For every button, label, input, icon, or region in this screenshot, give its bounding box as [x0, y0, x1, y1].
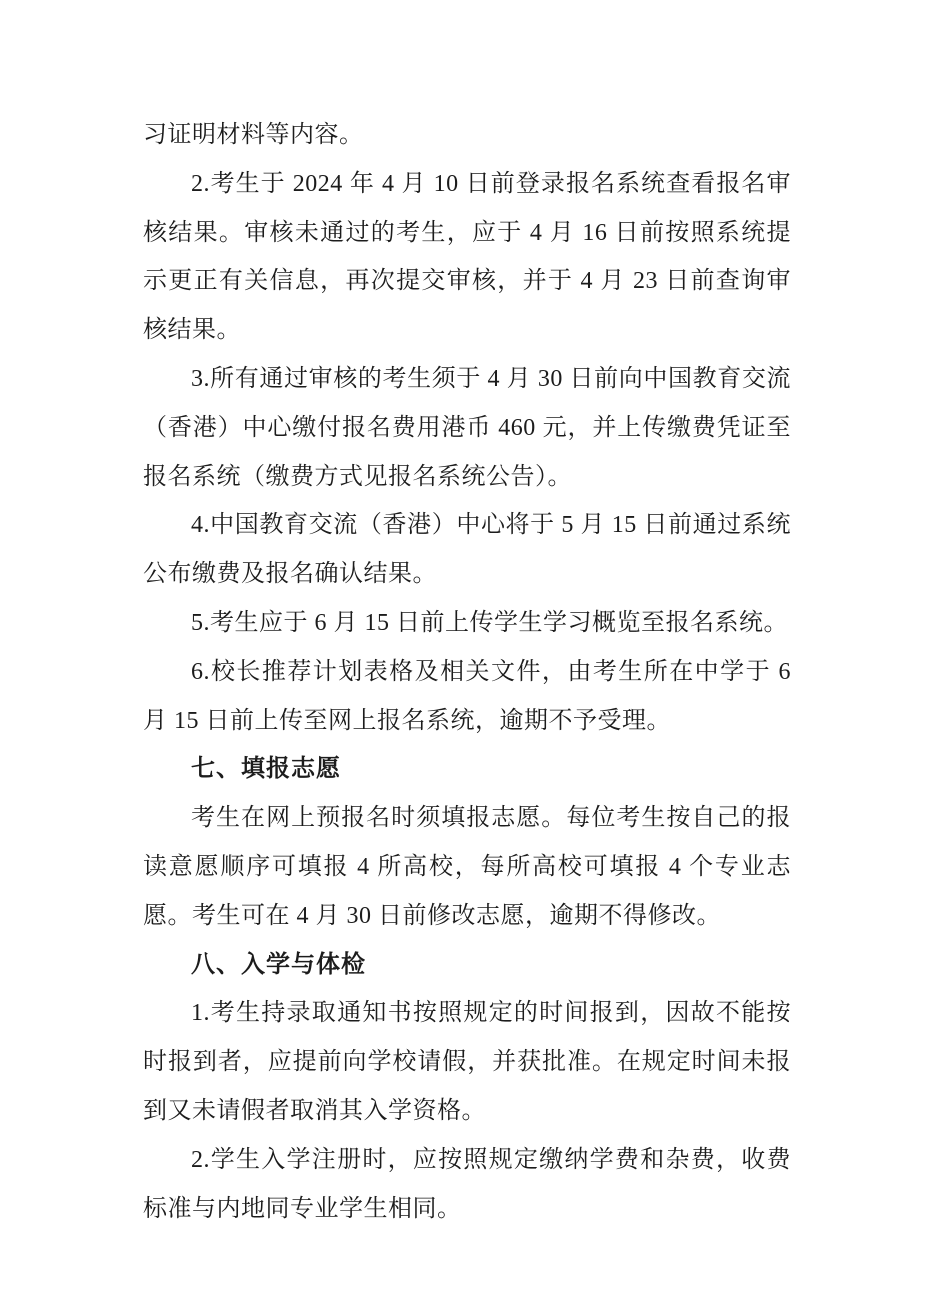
body-paragraph: 习证明材料等内容。 — [143, 111, 791, 160]
body-paragraph: 1.考生持录取通知书按照规定的时间报到，因故不能按时报到者，应提前向学校请假，并… — [143, 989, 791, 1135]
body-paragraph: 6.校长推荐计划表格及相关文件，由考生所在中学于 6 月 15 日前上传至网上报… — [143, 648, 791, 746]
body-paragraph: 3.所有通过审核的考生须于 4 月 30 日前向中国教育交流（香港）中心缴付报名… — [143, 355, 791, 501]
body-paragraph: 4.中国教育交流（香港）中心将于 5 月 15 日前通过系统公布缴费及报名确认结… — [143, 501, 791, 599]
body-paragraph: 考生在网上预报名时须填报志愿。每位考生按自己的报读意愿顺序可填报 4 所高校，每… — [143, 794, 791, 940]
document-body: 习证明材料等内容。 2.考生于 2024 年 4 月 10 日前登录报名系统查看… — [143, 111, 791, 1233]
section-heading-7: 七、填报志愿 — [143, 745, 791, 794]
document-page: 习证明材料等内容。 2.考生于 2024 年 4 月 10 日前登录报名系统查看… — [0, 0, 930, 1314]
body-paragraph: 5.考生应于 6 月 15 日前上传学生学习概览至报名系统。 — [143, 599, 791, 648]
section-heading-8: 八、入学与体检 — [143, 941, 791, 990]
body-paragraph: 2.考生于 2024 年 4 月 10 日前登录报名系统查看报名审核结果。审核未… — [143, 160, 791, 355]
body-paragraph: 2.学生入学注册时，应按照规定缴纳学费和杂费，收费标准与内地同专业学生相同。 — [143, 1136, 791, 1234]
